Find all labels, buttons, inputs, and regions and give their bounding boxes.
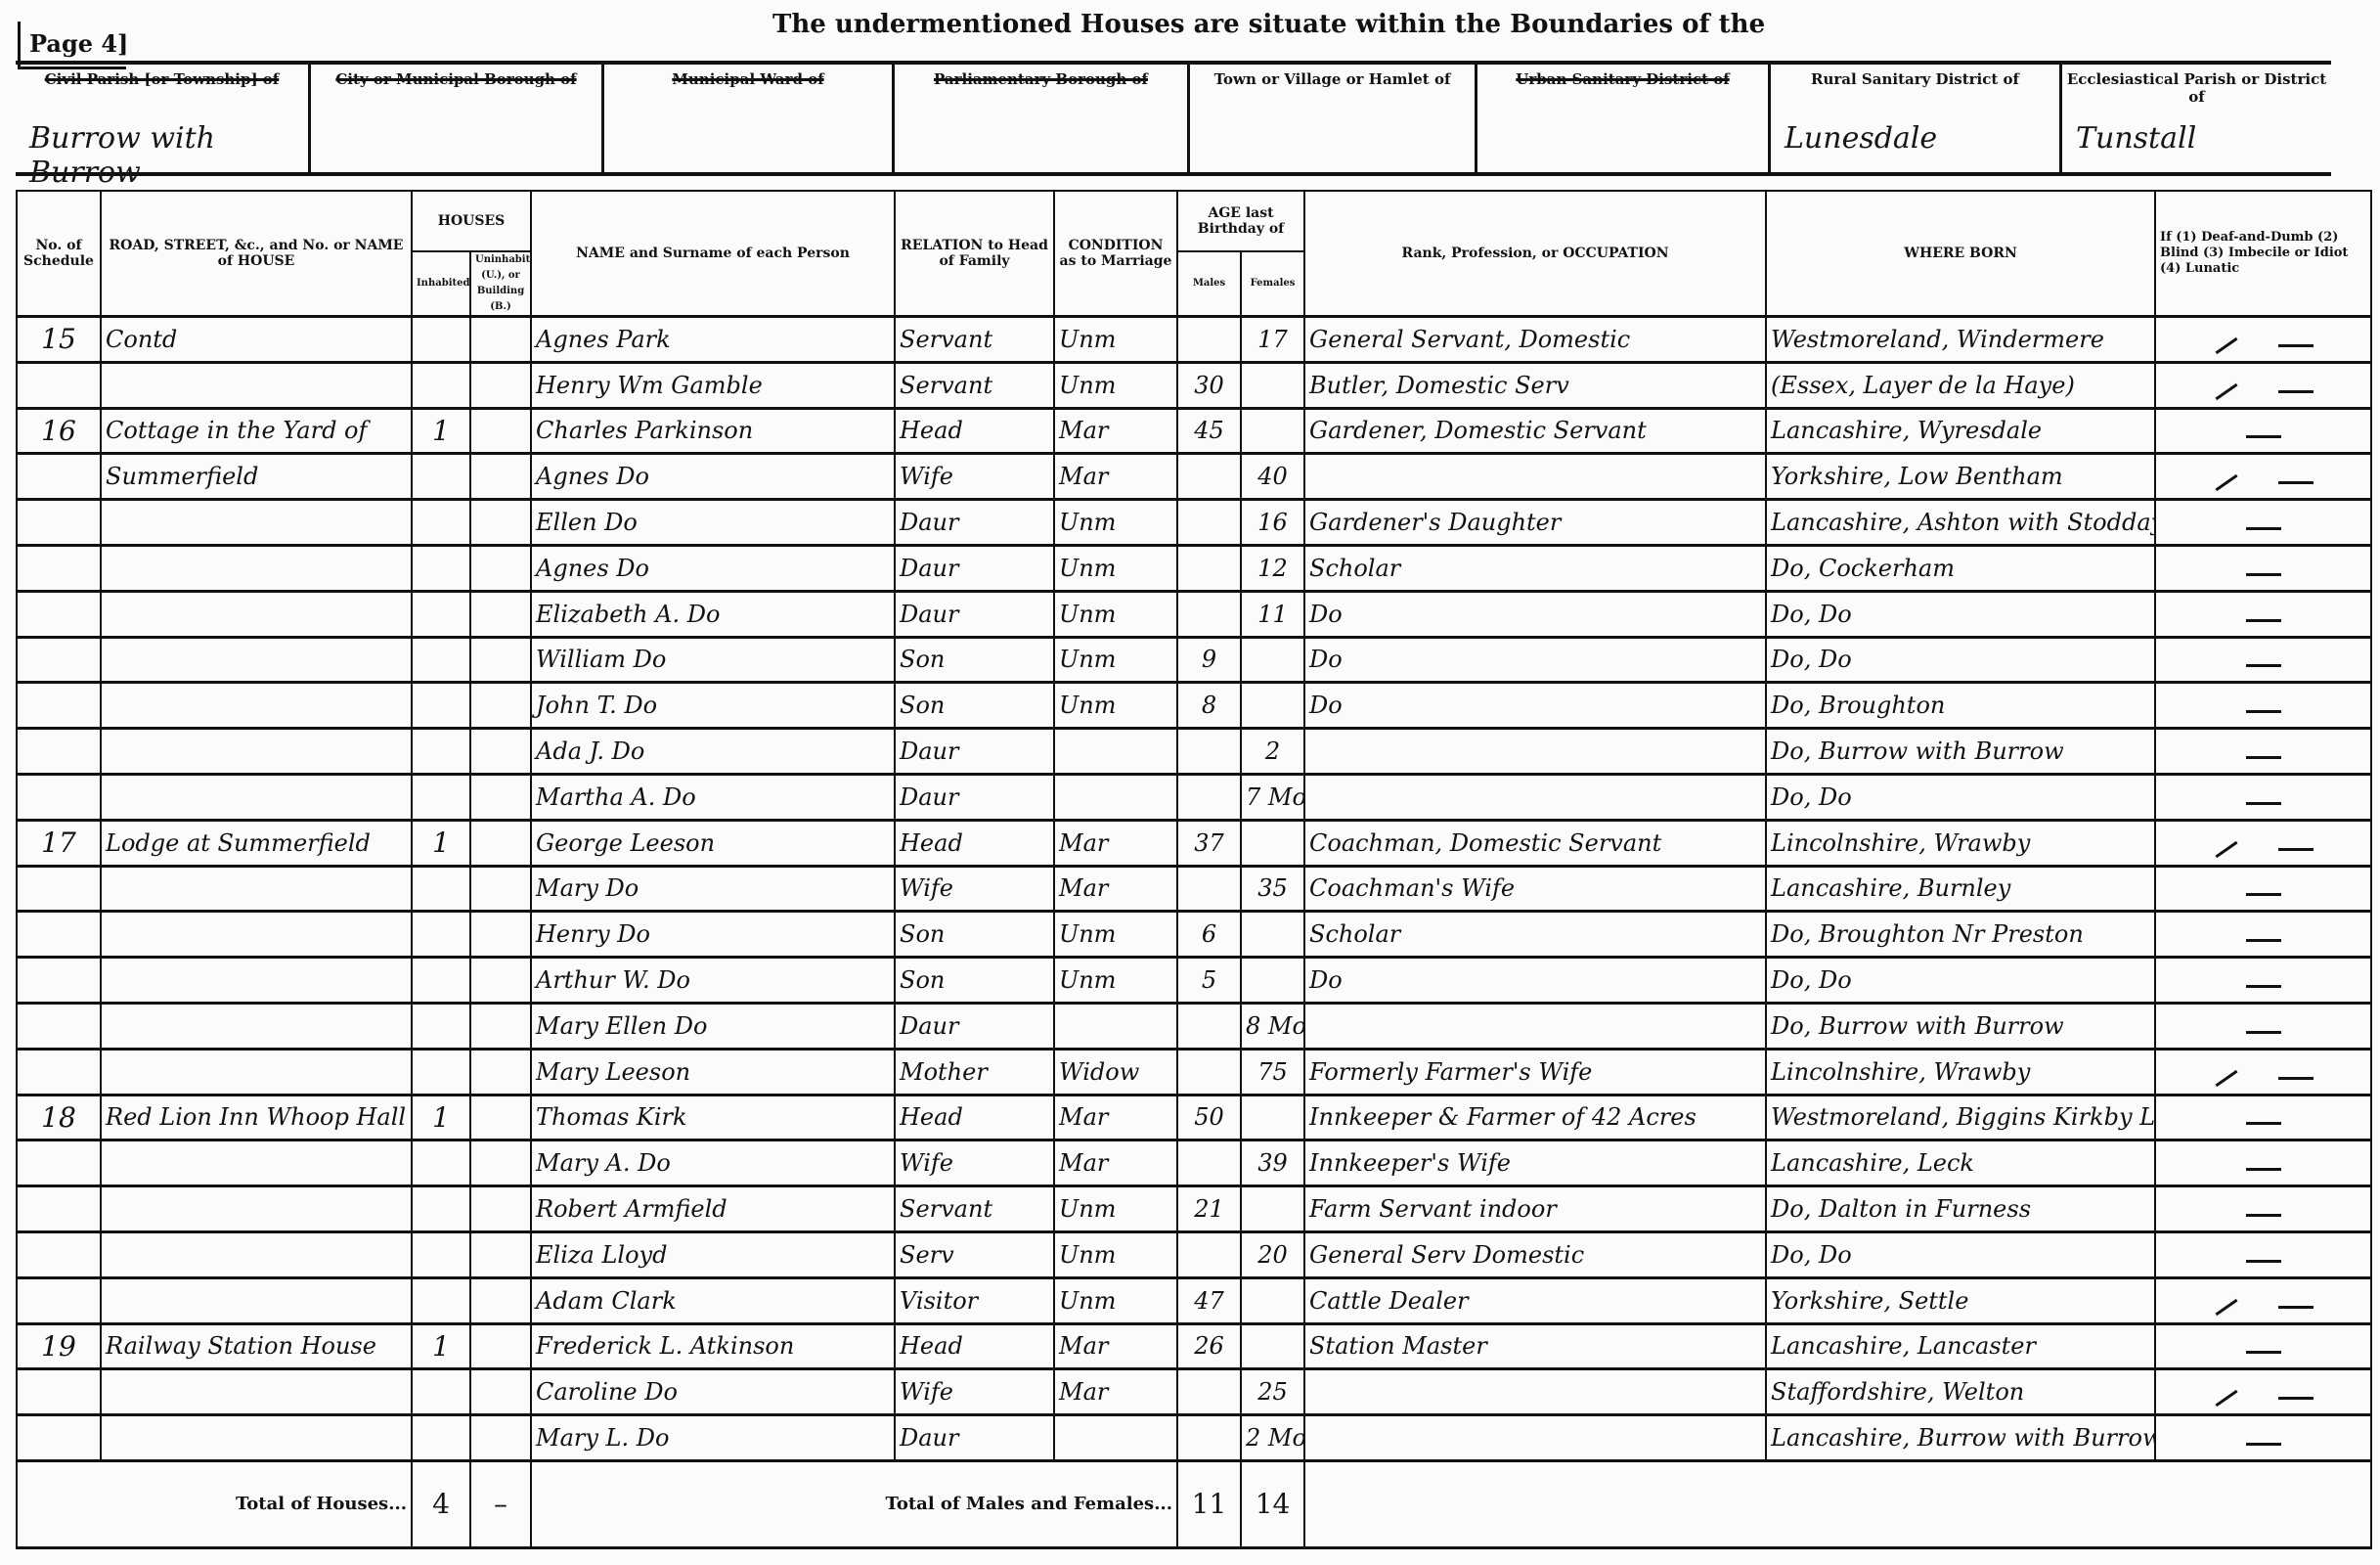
- houses-uninhabited: [470, 729, 531, 775]
- age-female: 2: [1241, 729, 1304, 775]
- road-house-name: Cottage in the Yard of: [101, 408, 412, 454]
- person-name: William Do: [531, 637, 895, 683]
- boundaries-row: Civil Parish [or Township] of Burrow wit…: [16, 61, 2331, 176]
- road-house-name: Railway Station House: [101, 1323, 412, 1369]
- page-title: The undermentioned Houses are situate wi…: [772, 10, 1765, 39]
- occupation: [1304, 1415, 1766, 1461]
- table-row: William DoSonUnm9DoDo, Do: [17, 637, 2371, 683]
- boundary-village-hamlet: Town or Village or Hamlet of: [1190, 65, 1477, 172]
- condition: Mar: [1054, 1369, 1177, 1415]
- houses-inhabited: [412, 1049, 470, 1095]
- table-row: Elizabeth A. DoDaurUnm11DoDo, Do: [17, 591, 2371, 637]
- person-name: Charles Parkinson: [531, 408, 895, 454]
- schedule-number: [17, 774, 101, 820]
- infirmity-cell: [2155, 1369, 2371, 1415]
- road-house-name: [101, 774, 412, 820]
- schedule-number: [17, 591, 101, 637]
- houses-uninhabited: [470, 1231, 531, 1277]
- road-house-name: [101, 591, 412, 637]
- houses-inhabited: [412, 1186, 470, 1232]
- houses-uninhabited: [470, 500, 531, 546]
- where-born: Lancashire, Wyresdale: [1766, 408, 2155, 454]
- table-row: 18Red Lion Inn Whoop Hall1Thomas KirkHea…: [17, 1095, 2371, 1140]
- dash-mark-icon: [2278, 1397, 2314, 1400]
- boundary-value: Tunstall: [2076, 121, 2196, 156]
- condition: [1054, 774, 1177, 820]
- where-born: Do, Broughton: [1766, 683, 2155, 729]
- dash-mark-icon: [2246, 664, 2281, 667]
- occupation: Coachman's Wife: [1304, 866, 1766, 912]
- infirmity-cell: [2155, 1186, 2371, 1232]
- schedule-number: [17, 362, 101, 408]
- schedule-number: [17, 1140, 101, 1186]
- person-name: Ada J. Do: [531, 729, 895, 775]
- dash-mark-icon: [2246, 893, 2281, 896]
- boundary-municipal-borough: City or Municipal Borough of: [311, 65, 604, 172]
- table-row: Henry Wm GambleServantUnm30Butler, Domes…: [17, 362, 2371, 408]
- where-born: Westmoreland, Windermere: [1766, 317, 2155, 363]
- occupation: Station Master: [1304, 1323, 1766, 1369]
- condition: [1054, 1003, 1177, 1049]
- relation: Visitor: [895, 1277, 1054, 1323]
- where-born: Do, Burrow with Burrow: [1766, 729, 2155, 775]
- table-row: 19Railway Station House1Frederick L. Atk…: [17, 1323, 2371, 1369]
- road-house-name: [101, 1277, 412, 1323]
- schedule-number: [17, 866, 101, 912]
- age-female: [1241, 408, 1304, 454]
- person-name: Mary L. Do: [531, 1415, 895, 1461]
- road-house-name: [101, 1003, 412, 1049]
- schedule-number: [17, 454, 101, 500]
- age-female: 16: [1241, 500, 1304, 546]
- houses-uninhabited: [470, 317, 531, 363]
- schedule-number: [17, 545, 101, 591]
- relation: Daur: [895, 545, 1054, 591]
- houses-inhabited: [412, 1003, 470, 1049]
- total-houses-inhabited: 4: [412, 1460, 470, 1547]
- schedule-number: [17, 1231, 101, 1277]
- relation: Servant: [895, 1186, 1054, 1232]
- where-born: Do, Do: [1766, 958, 2155, 1004]
- houses-inhabited: [412, 774, 470, 820]
- dash-mark-icon: [2246, 619, 2281, 622]
- occupation: Do: [1304, 683, 1766, 729]
- relation: Head: [895, 820, 1054, 866]
- where-born: Do, Do: [1766, 774, 2155, 820]
- houses-uninhabited: [470, 591, 531, 637]
- boundary-value: Burrow with Burrow: [29, 121, 308, 190]
- dash-mark-icon: [2278, 848, 2314, 851]
- infirmity-cell: [2155, 1049, 2371, 1095]
- occupation: Do: [1304, 591, 1766, 637]
- road-house-name: [101, 500, 412, 546]
- age-female: [1241, 958, 1304, 1004]
- age-female: [1241, 912, 1304, 958]
- person-name: Martha A. Do: [531, 774, 895, 820]
- age-female: 20: [1241, 1231, 1304, 1277]
- age-female: 25: [1241, 1369, 1304, 1415]
- dash-mark-icon: [2246, 573, 2281, 576]
- houses-inhabited: [412, 729, 470, 775]
- houses-inhabited: [412, 1140, 470, 1186]
- relation: Son: [895, 912, 1054, 958]
- age-male: 30: [1177, 362, 1241, 408]
- table-row: Eliza LloydServUnm20General Serv Domesti…: [17, 1231, 2371, 1277]
- dash-mark-icon: [2246, 1214, 2281, 1217]
- condition: Widow: [1054, 1049, 1177, 1095]
- age-female: [1241, 1323, 1304, 1369]
- condition: Unm: [1054, 637, 1177, 683]
- col-houses: HOUSES: [412, 191, 531, 251]
- check-tick-icon: [2215, 840, 2237, 857]
- dash-mark-icon: [2246, 802, 2281, 805]
- infirmity-cell: [2155, 912, 2371, 958]
- condition: [1054, 1415, 1177, 1461]
- boundary-value: Lunesdale: [1785, 121, 1937, 156]
- table-row: John T. DoSonUnm8DoDo, Broughton: [17, 683, 2371, 729]
- occupation: Cattle Dealer: [1304, 1277, 1766, 1323]
- schedule-number: [17, 683, 101, 729]
- total-houses-uninhabited: –: [470, 1460, 531, 1547]
- age-male: 50: [1177, 1095, 1241, 1140]
- where-born: Do, Do: [1766, 1231, 2155, 1277]
- where-born: Lincolnshire, Wrawby: [1766, 1049, 2155, 1095]
- relation: Son: [895, 683, 1054, 729]
- relation: Daur: [895, 729, 1054, 775]
- infirmity-cell: [2155, 774, 2371, 820]
- col-occupation: Rank, Profession, or OCCUPATION: [1304, 191, 1766, 317]
- road-house-name: [101, 866, 412, 912]
- houses-uninhabited: [470, 545, 531, 591]
- condition: Unm: [1054, 317, 1177, 363]
- condition: Mar: [1054, 408, 1177, 454]
- age-male: 47: [1177, 1277, 1241, 1323]
- table-row: Robert ArmfieldServantUnm21Farm Servant …: [17, 1186, 2371, 1232]
- age-female: [1241, 362, 1304, 408]
- dash-mark-icon: [2246, 756, 2281, 759]
- age-male: 5: [1177, 958, 1241, 1004]
- occupation: Butler, Domestic Serv: [1304, 362, 1766, 408]
- condition: Mar: [1054, 820, 1177, 866]
- occupation: Do: [1304, 637, 1766, 683]
- occupation: [1304, 729, 1766, 775]
- age-male: [1177, 1049, 1241, 1095]
- infirmity-cell: [2155, 1231, 2371, 1277]
- infirmity-cell: [2155, 1003, 2371, 1049]
- relation: Head: [895, 1095, 1054, 1140]
- schedule-number: [17, 1277, 101, 1323]
- where-born: (Essex, Layer de la Haye): [1766, 362, 2155, 408]
- person-name: Eliza Lloyd: [531, 1231, 895, 1277]
- age-male: 8: [1177, 683, 1241, 729]
- age-female: [1241, 1095, 1304, 1140]
- age-female: [1241, 637, 1304, 683]
- boundary-rural-sanitary: Rural Sanitary District of Lunesdale: [1771, 65, 2062, 172]
- relation: Serv: [895, 1231, 1054, 1277]
- road-house-name: [101, 958, 412, 1004]
- person-name: Henry Do: [531, 912, 895, 958]
- schedule-number: [17, 958, 101, 1004]
- check-tick-icon: [2215, 1390, 2237, 1407]
- condition: Mar: [1054, 454, 1177, 500]
- houses-uninhabited: [470, 454, 531, 500]
- age-male: 45: [1177, 408, 1241, 454]
- occupation: Formerly Farmer's Wife: [1304, 1049, 1766, 1095]
- condition: Mar: [1054, 866, 1177, 912]
- houses-inhabited: [412, 500, 470, 546]
- col-inhabited: Inhabited: [412, 251, 470, 317]
- person-name: Mary Leeson: [531, 1049, 895, 1095]
- totals-blank: [1304, 1460, 2371, 1547]
- person-name: Arthur W. Do: [531, 958, 895, 1004]
- dash-mark-icon: [2246, 1122, 2281, 1125]
- where-born: Lancashire, Burnley: [1766, 866, 2155, 912]
- age-male: [1177, 1415, 1241, 1461]
- occupation: [1304, 454, 1766, 500]
- schedule-number: [17, 1369, 101, 1415]
- relation: Servant: [895, 317, 1054, 363]
- road-house-name: [101, 912, 412, 958]
- relation: Daur: [895, 1003, 1054, 1049]
- infirmity-cell: [2155, 362, 2371, 408]
- table-row: SummerfieldAgnes DoWifeMar40Yorkshire, L…: [17, 454, 2371, 500]
- table-row: Agnes DoDaurUnm12ScholarDo, Cockerham: [17, 545, 2371, 591]
- relation: Wife: [895, 1369, 1054, 1415]
- age-female: 11: [1241, 591, 1304, 637]
- relation: Head: [895, 408, 1054, 454]
- table-row: Mary Ellen DoDaur8 MoDo, Burrow with Bur…: [17, 1003, 2371, 1049]
- schedule-number: 19: [17, 1323, 101, 1369]
- occupation: Scholar: [1304, 912, 1766, 958]
- where-born: Lincolnshire, Wrawby: [1766, 820, 2155, 866]
- col-condition: CONDITION as to Marriage: [1054, 191, 1177, 317]
- where-born: Do, Do: [1766, 637, 2155, 683]
- schedule-number: 17: [17, 820, 101, 866]
- age-female: 12: [1241, 545, 1304, 591]
- total-persons-label: Total of Males and Females...: [531, 1460, 1177, 1547]
- where-born: Do, Burrow with Burrow: [1766, 1003, 2155, 1049]
- road-house-name: [101, 1369, 412, 1415]
- dash-mark-icon: [2246, 939, 2281, 942]
- table-row: 15ContdAgnes ParkServantUnm17General Ser…: [17, 317, 2371, 363]
- condition: Unm: [1054, 958, 1177, 1004]
- occupation: Gardener's Daughter: [1304, 500, 1766, 546]
- age-female: 7 Mo: [1241, 774, 1304, 820]
- houses-inhabited: 1: [412, 408, 470, 454]
- houses-inhabited: [412, 866, 470, 912]
- relation: Daur: [895, 1415, 1054, 1461]
- page-label: Page 4]: [29, 29, 128, 58]
- infirmity-cell: [2155, 408, 2371, 454]
- relation: Wife: [895, 454, 1054, 500]
- schedule-number: 16: [17, 408, 101, 454]
- age-female: 2 Mo: [1241, 1415, 1304, 1461]
- infirmity-cell: [2155, 1415, 2371, 1461]
- dash-mark-icon: [2246, 435, 2281, 438]
- census-rows: 15ContdAgnes ParkServantUnm17General Ser…: [17, 317, 2371, 1461]
- houses-inhabited: [412, 454, 470, 500]
- dash-mark-icon: [2278, 1077, 2314, 1080]
- total-males: 11: [1177, 1460, 1241, 1547]
- road-house-name: [101, 637, 412, 683]
- dash-mark-icon: [2246, 710, 2281, 713]
- road-house-name: [101, 1186, 412, 1232]
- age-female: 40: [1241, 454, 1304, 500]
- table-row: Mary LeesonMotherWidow75Formerly Farmer'…: [17, 1049, 2371, 1095]
- houses-uninhabited: [470, 866, 531, 912]
- road-house-name: [101, 1049, 412, 1095]
- houses-uninhabited: [470, 1369, 531, 1415]
- infirmity-cell: [2155, 500, 2371, 546]
- table-row: Martha A. DoDaur7 MoDo, Do: [17, 774, 2371, 820]
- infirmity-cell: [2155, 866, 2371, 912]
- houses-uninhabited: [470, 1415, 531, 1461]
- age-male: [1177, 729, 1241, 775]
- dash-mark-icon: [2278, 481, 2314, 484]
- age-male: [1177, 1369, 1241, 1415]
- houses-uninhabited: [470, 362, 531, 408]
- age-female: [1241, 683, 1304, 729]
- where-born: Lancashire, Lancaster: [1766, 1323, 2155, 1369]
- age-male: [1177, 500, 1241, 546]
- condition: Mar: [1054, 1095, 1177, 1140]
- houses-inhabited: 1: [412, 820, 470, 866]
- houses-uninhabited: [470, 1140, 531, 1186]
- age-male: [1177, 866, 1241, 912]
- totals-row: Total of Houses... 4 – Total of Males an…: [17, 1460, 2371, 1547]
- infirmity-cell: [2155, 545, 2371, 591]
- person-name: Ellen Do: [531, 500, 895, 546]
- person-name: George Leeson: [531, 820, 895, 866]
- person-name: Mary Ellen Do: [531, 1003, 895, 1049]
- age-female: 8 Mo: [1241, 1003, 1304, 1049]
- col-infirmity: If (1) Deaf-and-Dumb (2) Blind (3) Imbec…: [2155, 191, 2371, 317]
- where-born: Do, Do: [1766, 591, 2155, 637]
- houses-uninhabited: [470, 1003, 531, 1049]
- condition: Unm: [1054, 683, 1177, 729]
- schedule-number: [17, 637, 101, 683]
- age-female: 75: [1241, 1049, 1304, 1095]
- census-table: No. of Schedule ROAD, STREET, &c., and N…: [16, 190, 2372, 1549]
- houses-uninhabited: [470, 1049, 531, 1095]
- houses-inhabited: [412, 317, 470, 363]
- occupation: Do: [1304, 958, 1766, 1004]
- schedule-number: 18: [17, 1095, 101, 1140]
- infirmity-cell: [2155, 820, 2371, 866]
- dash-mark-icon: [2278, 1306, 2314, 1309]
- houses-uninhabited: [470, 1095, 531, 1140]
- infirmity-cell: [2155, 1095, 2371, 1140]
- age-male: [1177, 591, 1241, 637]
- houses-inhabited: [412, 545, 470, 591]
- houses-inhabited: [412, 958, 470, 1004]
- table-row: Mary DoWifeMar35Coachman's WifeLancashir…: [17, 866, 2371, 912]
- dash-mark-icon: [2246, 1351, 2281, 1354]
- relation: Wife: [895, 1140, 1054, 1186]
- col-born: WHERE BORN: [1766, 191, 2155, 317]
- age-female: 35: [1241, 866, 1304, 912]
- occupation: Scholar: [1304, 545, 1766, 591]
- occupation: General Serv Domestic: [1304, 1231, 1766, 1277]
- dash-mark-icon: [2246, 1443, 2281, 1446]
- person-name: Frederick L. Atkinson: [531, 1323, 895, 1369]
- dash-mark-icon: [2246, 985, 2281, 988]
- person-name: Elizabeth A. Do: [531, 591, 895, 637]
- relation: Son: [895, 958, 1054, 1004]
- houses-uninhabited: [470, 774, 531, 820]
- road-house-name: [101, 1415, 412, 1461]
- houses-inhabited: [412, 683, 470, 729]
- houses-inhabited: [412, 1277, 470, 1323]
- check-tick-icon: [2215, 337, 2237, 354]
- occupation: Gardener, Domestic Servant: [1304, 408, 1766, 454]
- occupation: Coachman, Domestic Servant: [1304, 820, 1766, 866]
- condition: [1054, 729, 1177, 775]
- condition: Unm: [1054, 362, 1177, 408]
- infirmity-cell: [2155, 591, 2371, 637]
- table-row: Ada J. DoDaur2Do, Burrow with Burrow: [17, 729, 2371, 775]
- table-row: Arthur W. DoSonUnm5DoDo, Do: [17, 958, 2371, 1004]
- where-born: Do, Cockerham: [1766, 545, 2155, 591]
- col-name: NAME and Surname of each Person: [531, 191, 895, 317]
- dash-mark-icon: [2278, 344, 2314, 347]
- occupation: Farm Servant indoor: [1304, 1186, 1766, 1232]
- houses-inhabited: [412, 1369, 470, 1415]
- condition: Unm: [1054, 500, 1177, 546]
- road-house-name: [101, 683, 412, 729]
- houses-uninhabited: [470, 637, 531, 683]
- age-male: [1177, 317, 1241, 363]
- houses-inhabited: [412, 591, 470, 637]
- boundary-civil-parish: Civil Parish [or Township] of Burrow wit…: [16, 65, 311, 172]
- where-born: Lancashire, Burrow with Burrow: [1766, 1415, 2155, 1461]
- infirmity-cell: [2155, 958, 2371, 1004]
- age-male: [1177, 1140, 1241, 1186]
- relation: Head: [895, 1323, 1054, 1369]
- age-male: 26: [1177, 1323, 1241, 1369]
- condition: Unm: [1054, 1277, 1177, 1323]
- infirmity-cell: [2155, 1323, 2371, 1369]
- boundary-parliamentary-borough: Parliamentary Borough of: [895, 65, 1190, 172]
- table-row: Mary L. DoDaur2 MoLancashire, Burrow wit…: [17, 1415, 2371, 1461]
- where-born: Westmoreland, Biggins Kirkby Lonsdale: [1766, 1095, 2155, 1140]
- person-name: Mary A. Do: [531, 1140, 895, 1186]
- total-houses-label: Total of Houses...: [17, 1460, 412, 1547]
- relation: Wife: [895, 866, 1054, 912]
- occupation: [1304, 1369, 1766, 1415]
- age-female: 17: [1241, 317, 1304, 363]
- table-row: 16Cottage in the Yard of1Charles Parkins…: [17, 408, 2371, 454]
- houses-inhabited: [412, 912, 470, 958]
- occupation: Innkeeper & Farmer of 42 Acres: [1304, 1095, 1766, 1140]
- dash-mark-icon: [2246, 527, 2281, 530]
- where-born: Do, Broughton Nr Preston: [1766, 912, 2155, 958]
- condition: Unm: [1054, 591, 1177, 637]
- age-male: 21: [1177, 1186, 1241, 1232]
- schedule-number: [17, 1415, 101, 1461]
- person-name: Agnes Do: [531, 545, 895, 591]
- check-tick-icon: [2215, 383, 2237, 400]
- schedule-number: [17, 729, 101, 775]
- person-name: Caroline Do: [531, 1369, 895, 1415]
- check-tick-icon: [2215, 1298, 2237, 1315]
- age-male: 6: [1177, 912, 1241, 958]
- boundary-municipal-ward: Municipal Ward of: [604, 65, 895, 172]
- table-row: Caroline DoWifeMar25Staffordshire, Welto…: [17, 1369, 2371, 1415]
- houses-inhabited: [412, 362, 470, 408]
- houses-uninhabited: [470, 912, 531, 958]
- condition: Mar: [1054, 1323, 1177, 1369]
